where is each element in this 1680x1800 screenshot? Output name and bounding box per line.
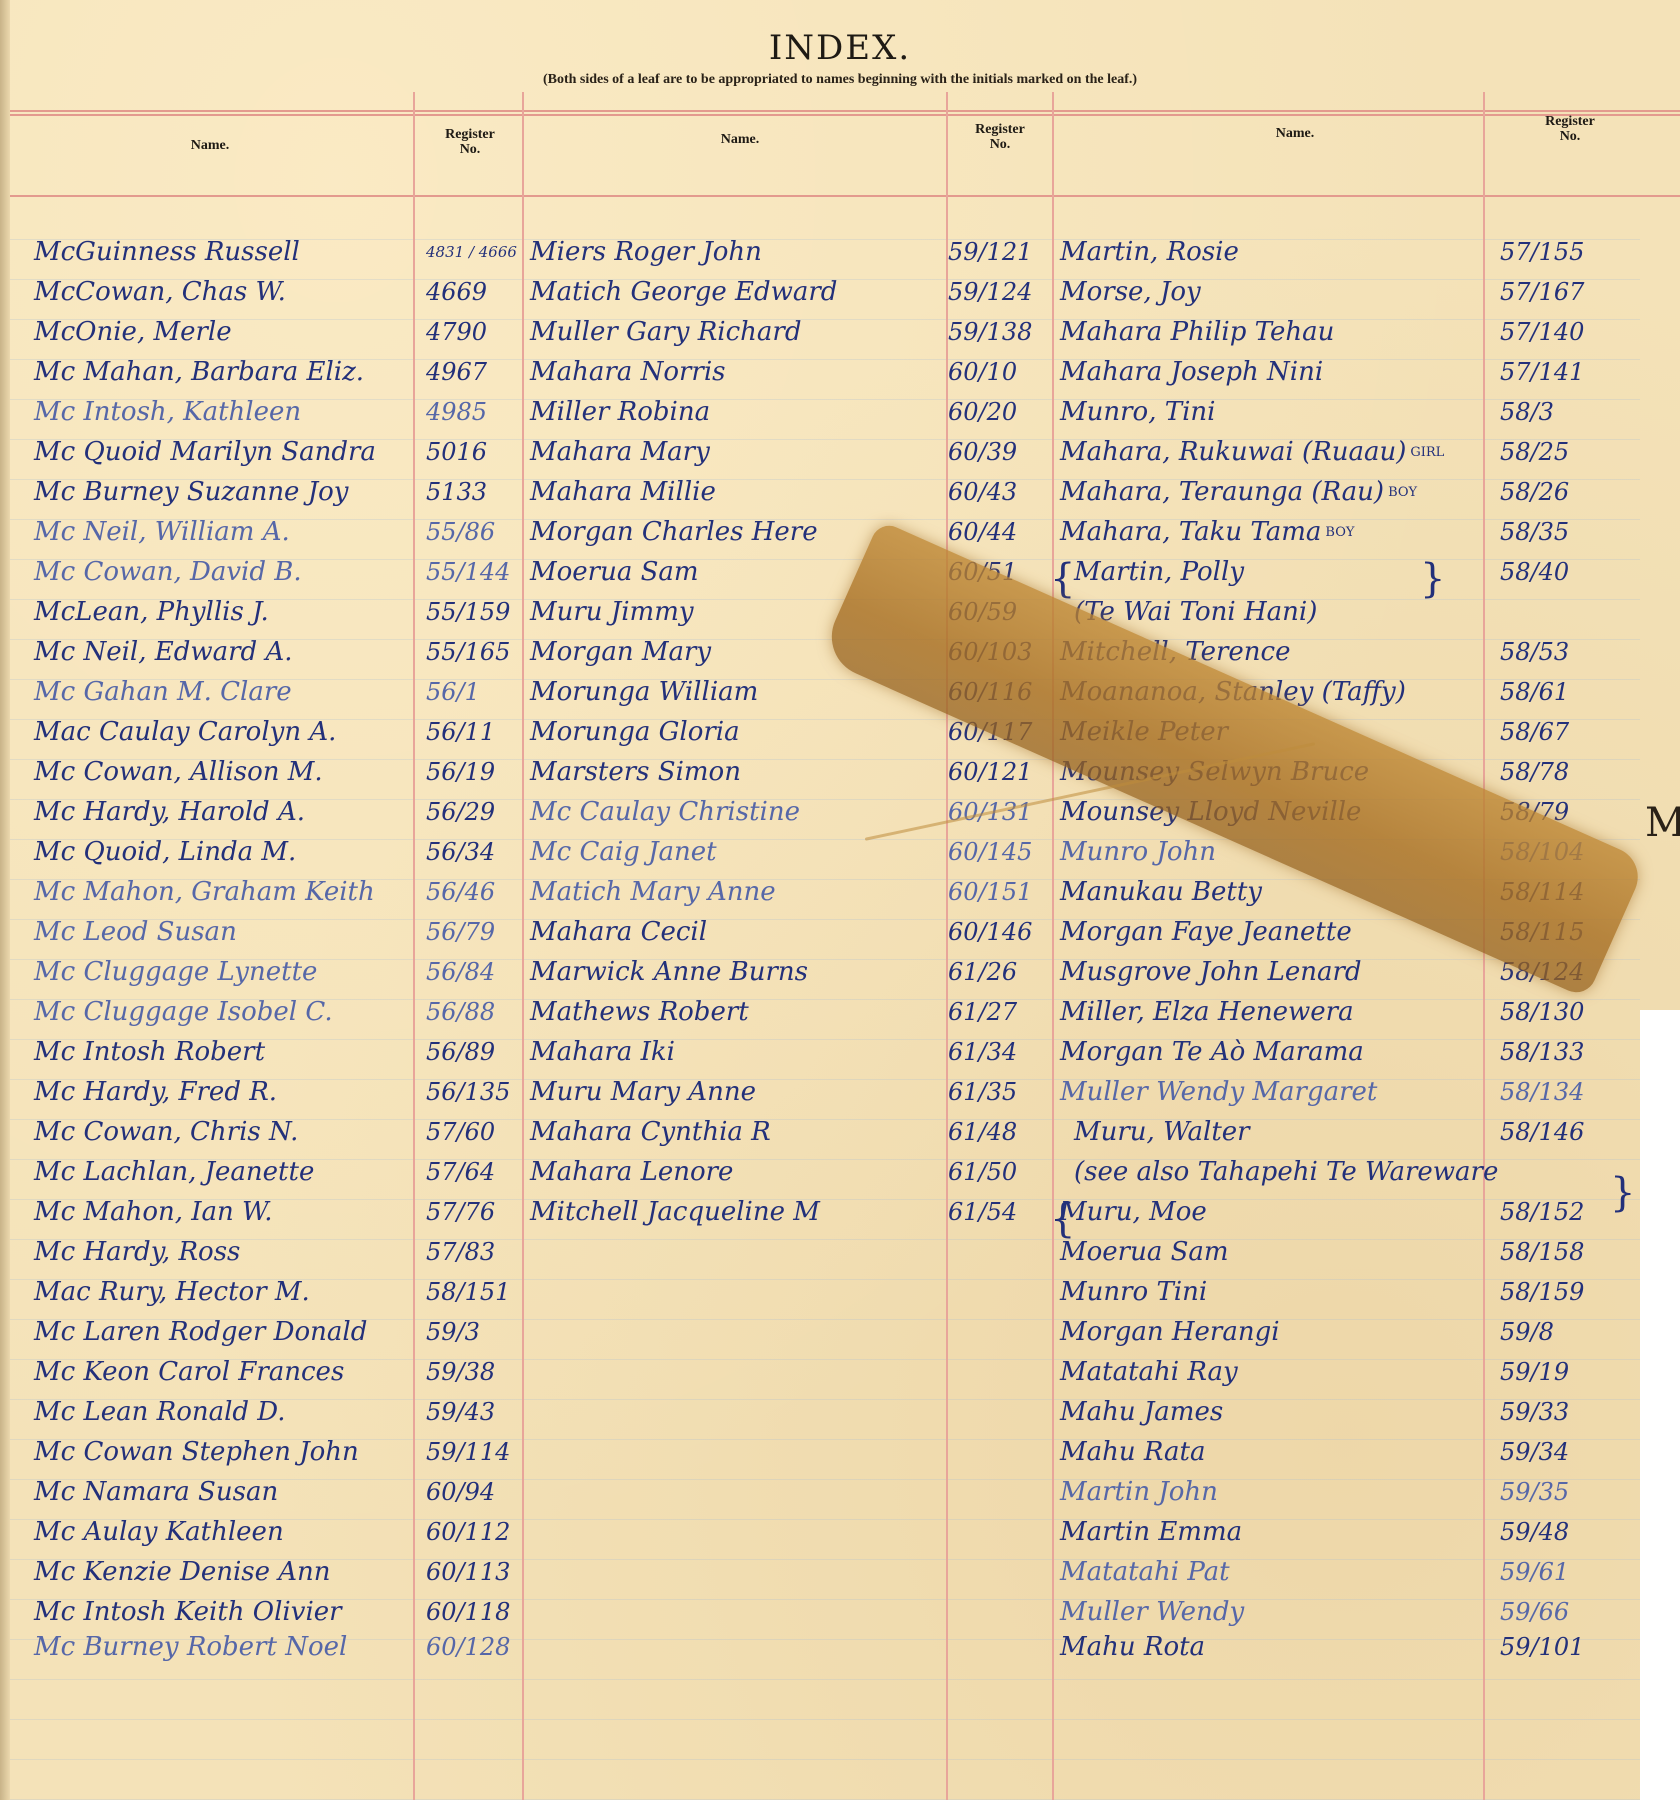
entry-name: Morunga William bbox=[530, 677, 758, 707]
index-entry: Matich George Edward59/124 bbox=[530, 272, 1050, 312]
index-column-2: Miers Roger John59/121 Matich George Edw… bbox=[530, 232, 1050, 1232]
index-entry: Mc Kenzie Denise Ann60/113 bbox=[34, 1552, 524, 1592]
entry-name: Mc Burney Suzanne Joy bbox=[34, 477, 348, 507]
index-entry: Mahara, Taku TamaBOY58/35 bbox=[1060, 512, 1670, 552]
entry-register: 5133 bbox=[426, 478, 487, 506]
entry-name: Morgan Mary bbox=[530, 637, 711, 667]
entry-register: 59/43 bbox=[426, 1398, 495, 1426]
index-entry: Mahara, Teraunga (Rau)BOY58/26 bbox=[1060, 472, 1670, 512]
entry-name: McLean, Phyllis J. bbox=[34, 597, 269, 627]
entry-name: Mc Cowan Stephen John bbox=[34, 1437, 359, 1467]
entry-note: BOY bbox=[1325, 525, 1354, 540]
entry-name: Mc Hardy, Fred R. bbox=[34, 1077, 277, 1107]
entry-name: Morgan Herangi bbox=[1060, 1317, 1280, 1347]
entry-name: Moerua Sam bbox=[530, 557, 699, 587]
column-header-name: Name. bbox=[1205, 126, 1385, 141]
entry-register: 58/3 bbox=[1500, 398, 1554, 426]
index-entry: Mc Cowan, Chris N.57/60 bbox=[34, 1112, 524, 1152]
index-entry: Mc Lean Ronald D.59/43 bbox=[34, 1392, 524, 1432]
entry-name: Mc Caig Janet bbox=[530, 837, 717, 867]
entry-name: Marsters Simon bbox=[530, 757, 741, 787]
index-entry: Martin, Rosie57/155 bbox=[1060, 232, 1670, 272]
entry-name: Mc Hardy, Ross bbox=[34, 1237, 240, 1267]
index-entry: Mc Burney Robert Noel60/128 bbox=[34, 1632, 524, 1662]
entry-register: 60/118 bbox=[426, 1598, 510, 1626]
page-instructions: (Both sides of a leaf are to be appropri… bbox=[0, 72, 1680, 88]
entry-name: Mc Cluggage Isobel C. bbox=[34, 997, 333, 1027]
entry-register: 57/76 bbox=[426, 1198, 495, 1226]
index-entry: Mc Neil, William A.55/86 bbox=[34, 512, 524, 552]
entry-register: 60/121 bbox=[948, 758, 1032, 786]
index-entry: Mathews Robert61/27 bbox=[530, 992, 1050, 1032]
entry-register: 60/146 bbox=[948, 918, 1032, 946]
index-entry: Morgan Te Aò Marama58/133 bbox=[1060, 1032, 1670, 1072]
index-entry: Mc Cluggage Isobel C.56/88 bbox=[34, 992, 524, 1032]
entry-name: Mc Cowan, Allison M. bbox=[34, 757, 323, 787]
entry-name: Martin, Polly bbox=[1060, 557, 1244, 587]
entry-name: Munro Tini bbox=[1060, 1277, 1207, 1307]
entry-name: Mahara Millie bbox=[530, 477, 716, 507]
entry-register: 58/158 bbox=[1500, 1238, 1584, 1266]
index-entry: Muru Mary Anne61/35 bbox=[530, 1072, 1050, 1112]
register-no-label: No. bbox=[420, 142, 520, 157]
index-entry: Mahara Iki61/34 bbox=[530, 1032, 1050, 1072]
index-entry: Miers Roger John59/121 bbox=[530, 232, 1050, 272]
entry-name: McGuinness Russell bbox=[34, 237, 300, 267]
entry-name: (see also Tahapehi Te Wareware bbox=[1060, 1157, 1498, 1187]
entry-name: Mc Gahan M. Clare bbox=[34, 677, 292, 707]
entry-name: Mc Intosh Robert bbox=[34, 1037, 265, 1067]
entry-register: 57/83 bbox=[426, 1238, 495, 1266]
entry-register: 59/8 bbox=[1500, 1318, 1554, 1346]
entry-name: Marwick Anne Burns bbox=[530, 957, 808, 987]
column-header-register: Register No. bbox=[1520, 114, 1620, 144]
ledger-page: INDEX. (Both sides of a leaf are to be a… bbox=[0, 0, 1680, 1800]
entry-register: 56/135 bbox=[426, 1078, 510, 1106]
entry-name: Mc Leod Susan bbox=[34, 917, 237, 947]
entry-name: Morunga Gloria bbox=[530, 717, 740, 747]
index-entry: Mc Caulay Christine60/131 bbox=[530, 792, 1050, 832]
entry-register: 56/19 bbox=[426, 758, 495, 786]
entry-name: Mc Mahan, Barbara Eliz. bbox=[34, 357, 364, 387]
index-entry: McCowan, Chas W.4669 bbox=[34, 272, 524, 312]
index-entry: Muller Wendy Margaret58/134 bbox=[1060, 1072, 1670, 1112]
index-entry: Martin Emma59/48 bbox=[1060, 1512, 1670, 1552]
column-header-name: Name. bbox=[120, 138, 300, 153]
entry-name: Mahara Joseph Nini bbox=[1060, 357, 1323, 387]
entry-register: 57/167 bbox=[1500, 278, 1584, 306]
entry-register: 4831 / 4666 bbox=[426, 243, 517, 261]
index-entry: Mc Quoid Marilyn Sandra5016 bbox=[34, 432, 524, 472]
entry-register: 59/124 bbox=[948, 278, 1032, 306]
index-tab-letter: M bbox=[1645, 800, 1680, 846]
entry-register: 59/48 bbox=[1500, 1518, 1569, 1546]
entry-register: 4985 bbox=[426, 398, 487, 426]
entry-register: 57/141 bbox=[1500, 358, 1584, 386]
index-entry: Mahara Joseph Nini57/141 bbox=[1060, 352, 1670, 392]
entry-name: Mc Lean Ronald D. bbox=[34, 1397, 286, 1427]
column-header-register: Register No. bbox=[420, 127, 520, 157]
register-no-label: No. bbox=[1520, 129, 1620, 144]
entry-register: 58/26 bbox=[1500, 478, 1569, 506]
entry-register: 58/78 bbox=[1500, 758, 1569, 786]
entry-name: Morse, Joy bbox=[1060, 277, 1201, 307]
entry-register: 60/10 bbox=[948, 358, 1017, 386]
index-entry: Mc Leod Susan56/79 bbox=[34, 912, 524, 952]
entry-register: 55/144 bbox=[426, 558, 510, 586]
entry-register: 55/159 bbox=[426, 598, 510, 626]
entry-name: Mc Namara Susan bbox=[34, 1477, 278, 1507]
entry-register: 59/101 bbox=[1500, 1633, 1584, 1661]
entry-name: Mahu Rota bbox=[1060, 1632, 1205, 1662]
entry-note: BOY bbox=[1388, 485, 1417, 500]
entry-name: Mc Cowan, Chris N. bbox=[34, 1117, 298, 1147]
entry-register: 58/67 bbox=[1500, 718, 1569, 746]
entry-register: 57/60 bbox=[426, 1118, 495, 1146]
index-entry: Matatahi Ray59/19 bbox=[1060, 1352, 1670, 1392]
entry-register: 60/128 bbox=[426, 1633, 510, 1661]
entry-register: 58/151 bbox=[426, 1278, 510, 1306]
index-entry: Marwick Anne Burns61/26 bbox=[530, 952, 1050, 992]
index-entry: Mahara, Rukuwai (Ruaau)GIRL58/25 bbox=[1060, 432, 1670, 472]
entry-name: Mc Kenzie Denise Ann bbox=[34, 1557, 331, 1587]
entry-register: 61/50 bbox=[948, 1158, 1017, 1186]
entry-name: Mc Neil, Edward A. bbox=[34, 637, 293, 667]
entry-register: 60/39 bbox=[948, 438, 1017, 466]
index-entry: Mc Gahan M. Clare56/1 bbox=[34, 672, 524, 712]
entry-name: Mahara Norris bbox=[530, 357, 725, 387]
index-column-1: McGuinness Russell4831 / 4666 McCowan, C… bbox=[34, 232, 524, 1662]
index-entry: (Te Wai Toni Hani) bbox=[1060, 592, 1670, 632]
header-top-rule-double bbox=[10, 114, 1680, 116]
page-edge-background bbox=[1640, 1010, 1680, 1800]
entry-name: Mathews Robert bbox=[530, 997, 749, 1027]
index-entry: (see also Tahapehi Te Wareware bbox=[1060, 1152, 1670, 1192]
entry-name: Mahara Lenore bbox=[530, 1157, 733, 1187]
grouping-brace-right: } bbox=[1420, 556, 1445, 602]
entry-name: Mac Caulay Carolyn A. bbox=[34, 717, 336, 747]
index-entry: Mahara Millie60/43 bbox=[530, 472, 1050, 512]
index-entry: Mc Cluggage Lynette56/84 bbox=[34, 952, 524, 992]
entry-name: Mc Laren Rodger Donald bbox=[34, 1317, 367, 1347]
index-entry: Mahu James59/33 bbox=[1060, 1392, 1670, 1432]
entry-register: 55/86 bbox=[426, 518, 495, 546]
entry-name: Mc Lachlan, Jeanette bbox=[34, 1157, 314, 1187]
entry-name: Mc Intosh Keith Olivier bbox=[34, 1597, 342, 1627]
entry-register: 59/114 bbox=[426, 1438, 510, 1466]
index-entry: Mc Namara Susan60/94 bbox=[34, 1472, 524, 1512]
header-bottom-rule bbox=[10, 195, 1680, 197]
entry-name: Mac Rury, Hector M. bbox=[34, 1277, 310, 1307]
index-entry: Mahara Norris60/10 bbox=[530, 352, 1050, 392]
index-entry: Mac Caulay Carolyn A.56/11 bbox=[34, 712, 524, 752]
entry-register: 58/61 bbox=[1500, 678, 1569, 706]
entry-name: Mc Quoid Marilyn Sandra bbox=[34, 437, 376, 467]
entry-name: Muller Gary Richard bbox=[530, 317, 802, 347]
index-entry: Mc Hardy, Harold A.56/29 bbox=[34, 792, 524, 832]
column-divider bbox=[1052, 92, 1054, 1800]
index-entry: Mahara Mary60/39 bbox=[530, 432, 1050, 472]
entry-register: 55/165 bbox=[426, 638, 510, 666]
entry-register: 59/3 bbox=[426, 1318, 480, 1346]
entry-name: Mahara, Rukuwai (Ruaau) bbox=[1060, 437, 1406, 467]
entry-name: Mitchell Jacqueline M bbox=[530, 1197, 820, 1227]
register-label: Register bbox=[420, 127, 520, 142]
entry-register: 59/19 bbox=[1500, 1358, 1569, 1386]
entry-register: 56/88 bbox=[426, 998, 495, 1026]
index-entry: Morse, Joy57/167 bbox=[1060, 272, 1670, 312]
entry-register: 59/33 bbox=[1500, 1398, 1569, 1426]
entry-name: Miers Roger John bbox=[530, 237, 762, 267]
entry-name: McCowan, Chas W. bbox=[34, 277, 286, 307]
entry-name: Mc Aulay Kathleen bbox=[34, 1517, 284, 1547]
entry-register: 58/152 bbox=[1500, 1198, 1584, 1226]
index-entry: Mc Hardy, Fred R.56/135 bbox=[34, 1072, 524, 1112]
index-entry: Mitchell Jacqueline M61/54 bbox=[530, 1192, 1050, 1232]
index-entry: Mc Aulay Kathleen60/112 bbox=[34, 1512, 524, 1552]
index-entry: Mc Intosh Keith Olivier60/118 bbox=[34, 1592, 524, 1632]
entry-register: 56/11 bbox=[426, 718, 495, 746]
index-entry: Mc Mahon, Ian W.57/76 bbox=[34, 1192, 524, 1232]
entry-name: Morgan Te Aò Marama bbox=[1060, 1037, 1364, 1067]
register-label: Register bbox=[1520, 114, 1620, 129]
entry-register: 58/133 bbox=[1500, 1038, 1584, 1066]
index-entry: Mahu Rota59/101 bbox=[1060, 1632, 1670, 1662]
register-label: Register bbox=[950, 122, 1050, 137]
entry-name: Mahara Mary bbox=[530, 437, 710, 467]
index-entry: McGuinness Russell4831 / 4666 bbox=[34, 232, 524, 272]
entry-register: 57/140 bbox=[1500, 318, 1584, 346]
index-entry: Mc Burney Suzanne Joy5133 bbox=[34, 472, 524, 512]
entry-name: Miller, Elza Henewera bbox=[1060, 997, 1354, 1027]
entry-register: 59/35 bbox=[1500, 1478, 1569, 1506]
index-entry: Morgan Charles Here60/44 bbox=[530, 512, 1050, 552]
entry-register: 56/34 bbox=[426, 838, 495, 866]
entry-name: Manukau Betty bbox=[1060, 877, 1262, 907]
index-entry: Martin, Polly58/40 bbox=[1060, 552, 1670, 592]
index-entry: Mahara Cynthia R61/48 bbox=[530, 1112, 1050, 1152]
entry-name: Muru Mary Anne bbox=[530, 1077, 756, 1107]
index-entry: Mc Caig Janet60/145 bbox=[530, 832, 1050, 872]
entry-name: Matatahi Pat bbox=[1060, 1557, 1230, 1587]
entry-register: 58/35 bbox=[1500, 518, 1569, 546]
entry-register: 60/151 bbox=[948, 878, 1032, 906]
index-entry: Morgan Herangi59/8 bbox=[1060, 1312, 1670, 1352]
entry-name: Mc Mahon, Graham Keith bbox=[34, 877, 375, 907]
index-entry: Mc Lachlan, Jeanette57/64 bbox=[34, 1152, 524, 1192]
entry-name: Muru, Walter bbox=[1060, 1117, 1250, 1147]
index-entry: Marsters Simon60/121 bbox=[530, 752, 1050, 792]
column-header-register: Register No. bbox=[950, 122, 1050, 152]
entry-name: Mc Quoid, Linda M. bbox=[34, 837, 296, 867]
index-entry: Mc Cowan, David B.55/144 bbox=[34, 552, 524, 592]
entry-name: Muru, Moe bbox=[1060, 1197, 1207, 1227]
entry-name: Moerua Sam bbox=[1060, 1237, 1229, 1267]
index-entry: Mahara Philip Tehau57/140 bbox=[1060, 312, 1670, 352]
entry-register: 58/53 bbox=[1500, 638, 1569, 666]
entry-register: 61/54 bbox=[948, 1198, 1017, 1226]
entry-register: 56/1 bbox=[426, 678, 480, 706]
grouping-brace-left: { bbox=[1050, 556, 1075, 602]
entry-name: Mahara Cecil bbox=[530, 917, 707, 947]
index-entry: Mc Neil, Edward A.55/165 bbox=[34, 632, 524, 672]
index-entry: Miller, Elza Henewera58/130 bbox=[1060, 992, 1670, 1032]
entry-name: Matatahi Ray bbox=[1060, 1357, 1238, 1387]
index-entry: Mc Intosh Robert56/89 bbox=[34, 1032, 524, 1072]
index-entry: Mahara Lenore61/50 bbox=[530, 1152, 1050, 1192]
entry-register: 59/66 bbox=[1500, 1598, 1569, 1626]
index-entry: Matich Mary Anne60/151 bbox=[530, 872, 1050, 912]
entry-register: 59/138 bbox=[948, 318, 1032, 346]
entry-register: 60/20 bbox=[948, 398, 1017, 426]
entry-name: Muller Wendy Margaret bbox=[1060, 1077, 1377, 1107]
index-entry: Matatahi Pat59/61 bbox=[1060, 1552, 1670, 1592]
entry-register: 56/79 bbox=[426, 918, 495, 946]
entry-register: 59/38 bbox=[426, 1358, 495, 1386]
entry-name: Mahu James bbox=[1060, 1397, 1223, 1427]
entry-name: Munro, Tini bbox=[1060, 397, 1215, 427]
entry-name: Mc Keon Carol Frances bbox=[34, 1357, 344, 1387]
entry-register: 4790 bbox=[426, 318, 487, 346]
entry-name: McOnie, Merle bbox=[34, 317, 232, 347]
entry-name: Mc Neil, William A. bbox=[34, 517, 290, 547]
entry-register: 58/146 bbox=[1500, 1118, 1584, 1146]
page-title: INDEX. bbox=[0, 28, 1680, 68]
entry-register: 58/40 bbox=[1500, 558, 1569, 586]
entry-register: 4967 bbox=[426, 358, 487, 386]
index-entry: Martin John59/35 bbox=[1060, 1472, 1670, 1512]
index-entry: Mahara Cecil60/146 bbox=[530, 912, 1050, 952]
entry-register: 4669 bbox=[426, 278, 487, 306]
entry-register: 57/64 bbox=[426, 1158, 495, 1186]
entry-register: 61/48 bbox=[948, 1118, 1017, 1146]
entry-register: 57/155 bbox=[1500, 238, 1584, 266]
index-entry: Mac Rury, Hector M.58/151 bbox=[34, 1272, 524, 1312]
index-entry: Mc Quoid, Linda M.56/34 bbox=[34, 832, 524, 872]
entry-register: 61/35 bbox=[948, 1078, 1017, 1106]
entry-register: 61/27 bbox=[948, 998, 1017, 1026]
entry-name: Mc Mahon, Ian W. bbox=[34, 1197, 272, 1227]
entry-register: 59/61 bbox=[1500, 1558, 1569, 1586]
entry-register: 5016 bbox=[426, 438, 487, 466]
entry-name: Martin, Rosie bbox=[1060, 237, 1239, 267]
entry-register: 58/130 bbox=[1500, 998, 1584, 1026]
entry-register: 61/26 bbox=[948, 958, 1017, 986]
entry-name: Musgrove John Lenard bbox=[1060, 957, 1362, 987]
entry-name: Morgan Charles Here bbox=[530, 517, 818, 547]
entry-register: 56/89 bbox=[426, 1038, 495, 1066]
entry-register: 60/44 bbox=[948, 518, 1017, 546]
entry-register: 59/34 bbox=[1500, 1438, 1569, 1466]
index-entry: McOnie, Merle4790 bbox=[34, 312, 524, 352]
entry-name: Mc Caulay Christine bbox=[530, 797, 800, 827]
entry-name: Matich Mary Anne bbox=[530, 877, 776, 907]
entry-name: Muller Wendy bbox=[1060, 1597, 1244, 1627]
entry-name: Mahara Philip Tehau bbox=[1060, 317, 1334, 347]
entry-name: Martin John bbox=[1060, 1477, 1218, 1507]
entry-name: Mc Burney Robert Noel bbox=[34, 1632, 347, 1662]
entry-name: Mc Hardy, Harold A. bbox=[34, 797, 305, 827]
index-entry: Muru, Walter58/146 bbox=[1060, 1112, 1670, 1152]
grouping-brace-right: } bbox=[1610, 1170, 1635, 1216]
entry-register: 60/113 bbox=[426, 1558, 510, 1586]
entry-name: Mahu Rata bbox=[1060, 1437, 1206, 1467]
entry-register: 56/29 bbox=[426, 798, 495, 826]
entry-name: Miller Robina bbox=[530, 397, 710, 427]
entry-name: Mc Intosh, Kathleen bbox=[34, 397, 301, 427]
entry-name: Mc Cowan, David B. bbox=[34, 557, 302, 587]
entry-name: Martin Emma bbox=[1060, 1517, 1242, 1547]
entry-register: 58/25 bbox=[1500, 438, 1569, 466]
entry-name: Mc Cluggage Lynette bbox=[34, 957, 317, 987]
index-entry: Muller Gary Richard59/138 bbox=[530, 312, 1050, 352]
entry-register: 58/159 bbox=[1500, 1278, 1584, 1306]
entry-name: Muru Jimmy bbox=[530, 597, 694, 627]
index-entry: Mc Mahan, Barbara Eliz.4967 bbox=[34, 352, 524, 392]
index-entry: Munro Tini58/159 bbox=[1060, 1272, 1670, 1312]
index-entry: Mc Mahon, Graham Keith56/46 bbox=[34, 872, 524, 912]
entry-register: 58/134 bbox=[1500, 1078, 1584, 1106]
column-header-name: Name. bbox=[650, 132, 830, 147]
entry-register: 56/46 bbox=[426, 878, 495, 906]
index-entry: Munro, Tini58/3 bbox=[1060, 392, 1670, 432]
index-entry: Miller Robina60/20 bbox=[530, 392, 1050, 432]
entry-register: 60/112 bbox=[426, 1518, 510, 1546]
index-entry: Mc Intosh, Kathleen4985 bbox=[34, 392, 524, 432]
index-entry: Moerua Sam58/158 bbox=[1060, 1232, 1670, 1272]
entry-note: GIRL bbox=[1410, 445, 1444, 460]
index-entry: McLean, Phyllis J.55/159 bbox=[34, 592, 524, 632]
entry-name: Mahara, Teraunga (Rau) bbox=[1060, 477, 1384, 507]
entry-register: 56/84 bbox=[426, 958, 495, 986]
page-binding-edge bbox=[0, 0, 10, 1800]
header-top-rule bbox=[10, 110, 1680, 112]
register-no-label: No. bbox=[950, 137, 1050, 152]
entry-name: Mahara, Taku Tama bbox=[1060, 517, 1321, 547]
entry-name: Matich George Edward bbox=[530, 277, 837, 307]
entry-register: 61/34 bbox=[948, 1038, 1017, 1066]
entry-register: 60/43 bbox=[948, 478, 1017, 506]
entry-register: 60/94 bbox=[426, 1478, 495, 1506]
entry-name: Munro John bbox=[1060, 837, 1216, 867]
entry-register: 59/121 bbox=[948, 238, 1032, 266]
entry-register: 60/145 bbox=[948, 838, 1032, 866]
entry-name: Mahara Iki bbox=[530, 1037, 675, 1067]
entry-name: Morgan Faye Jeanette bbox=[1060, 917, 1352, 947]
index-entry: Muller Wendy59/66 bbox=[1060, 1592, 1670, 1632]
entry-name: Mahara Cynthia R bbox=[530, 1117, 771, 1147]
index-entry: Mahu Rata59/34 bbox=[1060, 1432, 1670, 1472]
index-entry: Mc Cowan Stephen John59/114 bbox=[34, 1432, 524, 1472]
index-entry: Mc Hardy, Ross57/83 bbox=[34, 1232, 524, 1272]
index-entry: Muru, Moe58/152 bbox=[1060, 1192, 1670, 1232]
index-entry: Mc Laren Rodger Donald59/3 bbox=[34, 1312, 524, 1352]
grouping-brace-left: { bbox=[1050, 1196, 1075, 1242]
index-entry: Mc Keon Carol Frances59/38 bbox=[34, 1352, 524, 1392]
index-entry: Mc Cowan, Allison M.56/19 bbox=[34, 752, 524, 792]
